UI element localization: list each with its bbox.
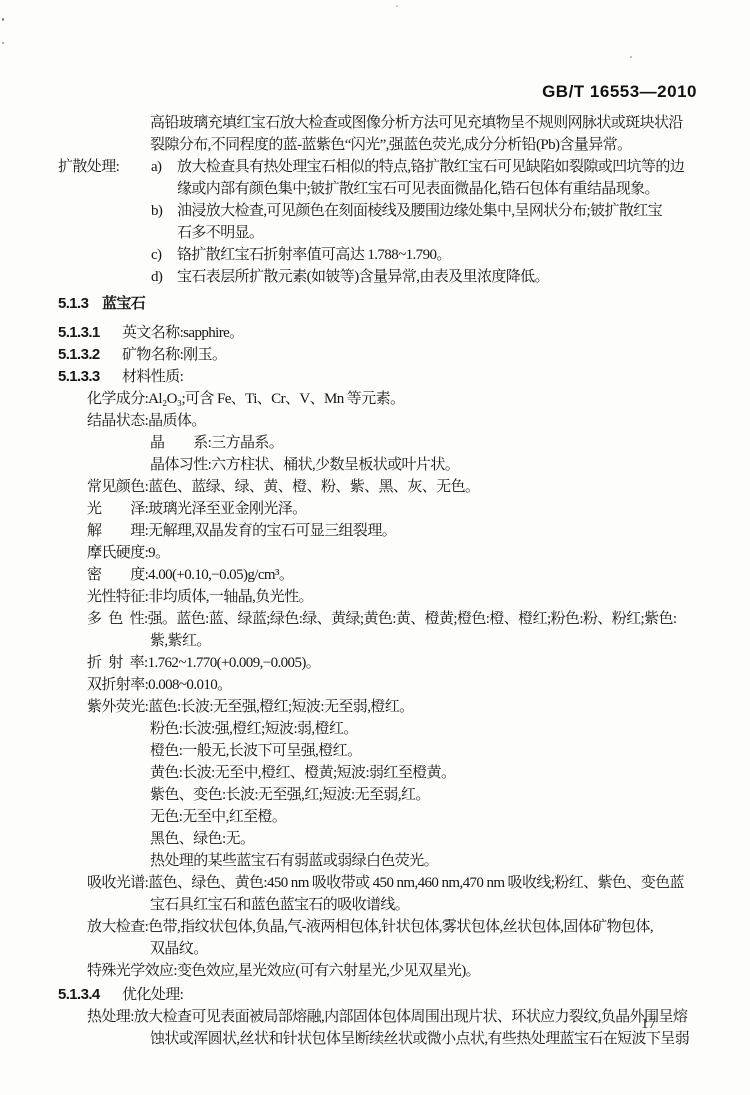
prop-special-optical-effects: 特殊光学效应:变色效应,星光效应(可有六射星光,少见双星光)。 [87,960,750,982]
prop-value: 无解理,双晶发育的宝石可显三组裂理。 [148,523,396,539]
prop-value: 三方晶系。 [211,435,283,451]
list-marker: a) [151,156,177,178]
scan-speck [2,18,4,21]
prop-label: 吸收光谱: [87,875,148,891]
prop-heat-treatment-cont: 蚀状或浑圆状,丝状和针状包体呈断续丝状或微小点状,有些热处理蓝宝石在短波下呈弱 [150,1028,750,1050]
document-body: 高铅玻璃充填红宝石放大检查或图像分析方法可见充填物呈不规则网脉状或斑块状沿 裂隙… [0,112,750,1050]
prop-absorption-spectrum: 吸收光谱:蓝色、绿色、黄色:450 nm 吸收带或 450 nm,460 nm,… [87,872,750,894]
section-text: 优化处理: [122,987,183,1003]
uv-subline: 无色:无至中,红至橙。 [150,806,750,828]
prop-label: 结晶状态: [87,413,148,429]
scan-speck [2,42,4,44]
section-number: 5.1.3 [58,293,102,315]
prop-value: 放大检查可见表面被局部熔融,内部固体包体周围出现片状、环状应力裂纹,负晶外围呈熔 [134,1009,688,1025]
uv-subline: 黑色、绿色:无。 [150,828,750,850]
diffusion-row: 扩散处理:a)放大检查具有热处理宝石相似的特点,铬扩散红宝石可见缺陷如裂隙或凹坑… [58,156,750,178]
prop-uv-fluorescence: 紫外荧光:蓝色:长波:无至强,橙红;短波:无至弱,橙红。 [87,696,750,718]
prop-crystal-habit: 晶体习性:六方柱状、桶状,少数呈板状或叶片状。 [150,454,750,476]
section-number: 5.1.3.1 [58,322,122,344]
prop-value: 4.00(+0.10,−0.05)g/cm³。 [148,567,293,583]
prop-label: 多 色 性: [87,611,148,627]
section-text: 英文名称:sapphire。 [122,325,244,341]
prop-absorption-cont: 宝石具红宝石和蓝色蓝宝石的吸收谱线。 [150,894,750,916]
prop-value: 晶质体。 [148,413,206,429]
list-item-text: 宝石表层所扩散元素(如铍等)含量异常,由表及里浓度降低。 [177,269,549,285]
section-number: 5.1.3.2 [58,344,122,366]
uv-subline: 黄色:长波:无至中,橙红、橙黄;短波:弱红至橙黄。 [150,762,750,784]
prop-label: 折 射 率: [87,655,148,671]
list-marker: d) [151,266,177,288]
prop-label: 光 泽: [87,501,148,517]
prop-label: 晶体习性: [150,457,211,473]
prop-label: 常见颜色: [87,479,148,495]
section-heading-5-1-3: 5.1.3蓝宝石 [58,293,750,315]
list-item-text: 放大检查具有热处理宝石相似的特点,铬扩散红宝石可见缺陷如裂隙或凹坑等的边 [177,159,684,175]
scan-speck [630,56,632,58]
uv-subline: 热处理的某些蓝宝石有弱蓝或弱绿白色荧光。 [150,850,750,872]
prop-label: 紫外荧光: [87,699,148,715]
standard-code: GB/T 16553—2010 [542,82,697,102]
prop-value: 变色效应,星光效应(可有六射星光,少见双星光)。 [177,963,480,979]
prop-label: 特殊光学效应: [87,963,177,979]
prop-crystal-state: 结晶状态:晶质体。 [87,410,750,432]
section-text: 材料性质: [122,369,183,385]
intro-line: 高铅玻璃充填红宝石放大检查或图像分析方法可见充填物呈不规则网脉状或斑块状沿 [150,112,750,134]
list-item-cont: 缘或内部有颜色集中;铍扩散红宝石可见表面微晶化,锆石包体有重结晶现象。 [177,178,750,200]
prop-crystal-system: 晶 系:三方晶系。 [150,432,750,454]
prop-magnification-cont: 双晶纹。 [150,938,750,960]
list-item-cont: 石多不明显。 [177,222,750,244]
prop-value: 色带,指纹状包体,负晶,气-液两相包体,针状包体,雾状包体,丝状包体,固体矿物包… [148,919,653,935]
prop-label: 热处理: [87,1009,134,1025]
section-5-1-3-3: 5.1.3.3材料性质: [58,366,750,388]
prop-chemical-composition: 化学成分:Al₂O₃;可含 Fe、Ti、Cr、V、Mn 等元素。 [87,388,750,410]
prop-value: 1.762~1.770(+0.009,−0.005)。 [148,655,321,671]
prop-label: 密 度: [87,567,148,583]
prop-value: 0.008~0.010。 [148,677,231,693]
prop-value: 强。蓝色:蓝、绿蓝;绿色:绿、黄绿;黄色:黄、橙黄;橙色:橙、橙红;粉色:粉、粉… [148,611,677,627]
section-5-1-3-1: 5.1.3.1英文名称:sapphire。 [58,322,750,344]
list-item-text: 油浸放大检查,可见颜色在刻面棱线及腰围边缘处集中,呈网状分布;铍扩散红宝 [177,203,662,219]
prop-cleavage: 解 理:无解理,双晶发育的宝石可显三组裂理。 [87,520,750,542]
prop-label: 摩氏硬度: [87,545,148,561]
document-page: GB/T 16553—2010 高铅玻璃充填红宝石放大检查或图像分析方法可见充填… [0,0,750,1095]
prop-value: 9。 [148,545,169,561]
prop-refractive-index: 折 射 率:1.762~1.770(+0.009,−0.005)。 [87,652,750,674]
section-5-1-3-2: 5.1.3.2矿物名称:刚玉。 [58,344,750,366]
prop-mohs-hardness: 摩氏硬度:9。 [87,542,750,564]
prop-value: Al₂O₃;可含 Fe、Ti、Cr、V、Mn 等元素。 [148,391,404,407]
diffusion-label: 扩散处理: [58,156,151,178]
uv-subline: 橙色:一般无,长波下可呈强,橙红。 [150,740,750,762]
section-title: 蓝宝石 [102,295,145,312]
prop-value: 六方柱状、桶状,少数呈板状或叶片状。 [211,457,459,473]
prop-luster: 光 泽:玻璃光泽至亚金刚光泽。 [87,498,750,520]
intro-line: 裂隙分布,不同程度的蓝-蓝紫色“闪光”,强蓝色荧光,成分分析铅(Pb)含量异常。 [150,134,750,156]
page-number: 17 [641,1016,656,1033]
prop-value: 蓝色、绿色、黄色:450 nm 吸收带或 450 nm,460 nm,470 n… [148,875,684,891]
prop-magnification: 放大检查:色带,指纹状包体,负晶,气-液两相包体,针状包体,雾状包体,丝状包体,… [87,916,750,938]
prop-label: 双折射率: [87,677,148,693]
prop-value: 蓝色:长波:无至强,橙红;短波:无至弱,橙红。 [148,699,413,715]
prop-pleochroism: 多 色 性:强。蓝色:蓝、绿蓝;绿色:绿、黄绿;黄色:黄、橙黄;橙色:橙、橙红;… [87,608,750,630]
prop-label: 放大检查: [87,919,148,935]
prop-value: 非均质体,一轴晶,负光性。 [148,589,313,605]
prop-label: 解 理: [87,523,148,539]
prop-label: 晶 系: [150,435,211,451]
uv-subline: 紫色、变色:长波:无至强,红;短波:无至弱,红。 [150,784,750,806]
prop-value: 蓝色、蓝绿、绿、黄、橙、粉、紫、黑、灰、无色。 [148,479,479,495]
prop-density: 密 度:4.00(+0.10,−0.05)g/cm³。 [87,564,750,586]
prop-label: 化学成分: [87,391,148,407]
prop-value: 玻璃光泽至亚金刚光泽。 [148,501,306,517]
prop-pleochroism-cont: 紫,紫红。 [150,630,750,652]
section-text: 矿物名称:刚玉。 [122,347,226,363]
list-item: b)油浸放大检查,可见颜色在刻面棱线及腰围边缘处集中,呈网状分布;铍扩散红宝 [151,200,750,222]
list-item-text: 铬扩散红宝石折射率值可高达 1.788~1.790。 [177,247,451,263]
list-item: c)铬扩散红宝石折射率值可高达 1.788~1.790。 [151,244,750,266]
prop-common-colors: 常见颜色:蓝色、蓝绿、绿、黄、橙、粉、紫、黑、灰、无色。 [87,476,750,498]
scan-speck [396,5,398,7]
uv-subline: 粉色:长波:强,橙红;短波:弱,橙红。 [150,718,750,740]
prop-birefringence: 双折射率:0.008~0.010。 [87,674,750,696]
list-marker: c) [151,244,177,266]
list-item: d)宝石表层所扩散元素(如铍等)含量异常,由表及里浓度降低。 [151,266,750,288]
list-marker: b) [151,200,177,222]
section-5-1-3-4: 5.1.3.4优化处理: [58,984,750,1006]
section-number: 5.1.3.4 [58,984,122,1006]
prop-label: 光性特征: [87,589,148,605]
section-number: 5.1.3.3 [58,366,122,388]
prop-optic-character: 光性特征:非均质体,一轴晶,负光性。 [87,586,750,608]
